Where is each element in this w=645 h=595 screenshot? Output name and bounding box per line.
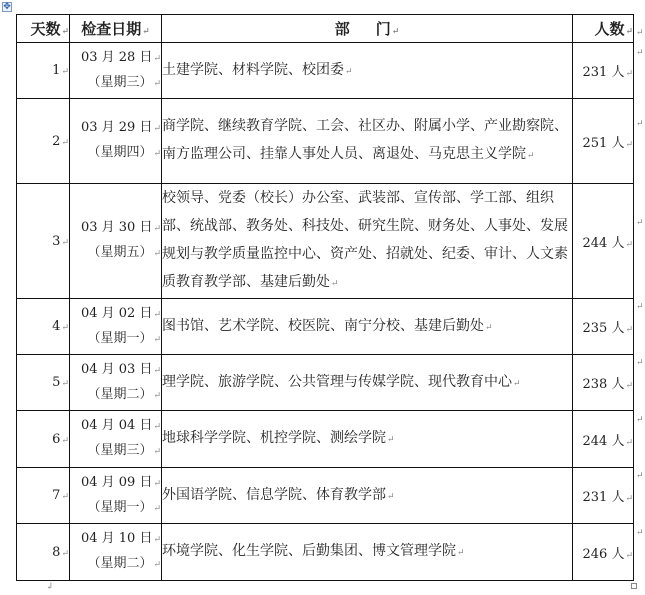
paragraph-mark-icon: ↵	[142, 27, 150, 37]
paragraph-mark-icon: ↵	[625, 551, 633, 561]
paragraph-mark-icon: ↵	[61, 27, 69, 37]
department-cell: 理学院、旅游学院、公共管理与传媒学院、现代教育中心↵	[162, 355, 573, 411]
paragraph-mark-icon: ↵	[625, 494, 633, 504]
paragraph-mark-icon: ↵	[153, 447, 161, 457]
department-cell: 土建学院、材料学院、校团委↵	[162, 43, 573, 99]
paragraph-mark-icon: ↵	[625, 27, 633, 37]
paragraph-mark-icon: ↵	[392, 27, 400, 37]
end-of-row-mark-icon: ↵	[636, 48, 644, 58]
paragraph-mark-icon: ↵	[625, 69, 633, 79]
department-cell: 外国语学院、信息学院、体育教学部↵	[162, 468, 573, 524]
paragraph-mark-icon: ↵	[485, 323, 493, 333]
date-cell: 04 月 03 日↵（星期二）↵	[70, 355, 162, 411]
end-of-document-mark-icon: ↲	[46, 582, 54, 592]
paragraph-mark-icon: ↵	[153, 249, 161, 259]
date-cell: 03 月 28 日↵（星期三）↵	[70, 43, 162, 99]
paragraph-mark-icon: ↵	[61, 492, 69, 502]
day-cell: 5↵	[17, 355, 70, 411]
paragraph-mark-icon: ↵	[61, 436, 69, 446]
department-cell: 环境学院、化生学院、后勤集团、博文管理学院↵	[162, 524, 573, 581]
end-of-row-mark-icon: ↵	[636, 218, 644, 228]
day-cell: 1↵	[17, 43, 70, 99]
count-cell: 251 人↵	[573, 99, 634, 184]
paragraph-mark-icon: ↵	[153, 124, 161, 134]
paragraph-mark-icon: ↵	[513, 379, 521, 389]
paragraph-mark-icon: ↵	[153, 224, 161, 234]
table-row: 6↵04 月 04 日↵（星期三）↵地球科学学院、机控学院、测绘学院↵244 人…	[17, 411, 634, 468]
paragraph-mark-icon: ↵	[153, 535, 161, 545]
paragraph-mark-icon: ↵	[61, 138, 69, 148]
paragraph-mark-icon: ↵	[61, 549, 69, 559]
paragraph-mark-icon: ↵	[625, 140, 633, 150]
paragraph-mark-icon: ↵	[387, 435, 395, 445]
count-cell: 246 人↵	[573, 524, 634, 581]
paragraph-mark-icon: ↵	[345, 67, 353, 77]
paragraph-mark-icon: ↵	[61, 323, 69, 333]
paragraph-mark-icon: ↵	[153, 391, 161, 401]
paragraph-mark-icon: ↵	[625, 240, 633, 250]
paragraph-mark-icon: ↵	[457, 548, 465, 558]
table-row: 4↵04 月 02 日↵（星期一）↵图书馆、艺术学院、校医院、南宁分校、基建后勤…	[17, 299, 634, 355]
table-row: 2↵03 月 29 日↵（星期四）↵商学院、继续教育学院、工会、社区办、附属小学…	[17, 99, 634, 184]
department-cell: 图书馆、艺术学院、校医院、南宁分校、基建后勤处↵	[162, 299, 573, 355]
table-row: 8↵04 月 10 日↵（星期二）↵环境学院、化生学院、后勤集团、博文管理学院↵…	[17, 524, 634, 581]
paragraph-mark-icon: ↵	[153, 335, 161, 345]
paragraph-mark-icon: ↵	[153, 560, 161, 570]
day-cell: 4↵	[17, 299, 70, 355]
end-of-row-mark-icon: ↵	[636, 302, 644, 312]
table-resize-handle-icon[interactable]	[631, 583, 637, 589]
paragraph-mark-icon: ↵	[331, 279, 339, 289]
table-row: 1↵03 月 28 日↵（星期三）↵土建学院、材料学院、校团委↵231 人↵	[17, 43, 634, 99]
date-cell: 04 月 02 日↵（星期一）↵	[70, 299, 162, 355]
paragraph-mark-icon: ↵	[153, 504, 161, 514]
count-cell: 244 人↵	[573, 411, 634, 468]
paragraph-mark-icon: ↵	[153, 422, 161, 432]
day-cell: 8↵	[17, 524, 70, 581]
paragraph-mark-icon: ↵	[625, 381, 633, 391]
table-move-handle-icon[interactable]: ✥	[2, 2, 12, 12]
paragraph-mark-icon: ↵	[387, 492, 395, 502]
paragraph-mark-icon: ↵	[625, 438, 633, 448]
count-cell: 235 人↵	[573, 299, 634, 355]
paragraph-mark-icon: ↵	[61, 67, 69, 77]
paragraph-mark-icon: ↵	[153, 54, 161, 64]
paragraph-mark-icon: ↵	[153, 479, 161, 489]
header-count: 人数↵	[573, 15, 634, 43]
date-cell: 04 月 04 日↵（星期三）↵	[70, 411, 162, 468]
table-row: 7↵04 月 09 日↵（星期一）↵外国语学院、信息学院、体育教学部↵231 人…	[17, 468, 634, 524]
table-row: 3↵03 月 30 日↵（星期五）↵校领导、党委（校长）办公室、武装部、宣传部、…	[17, 184, 634, 299]
paragraph-mark-icon: ↵	[153, 149, 161, 159]
end-of-row-mark-icon: ↵	[636, 528, 644, 538]
paragraph-mark-icon: ↵	[153, 79, 161, 89]
end-of-row-mark-icon: ↵	[636, 471, 644, 481]
paragraph-mark-icon: ↵	[527, 151, 535, 161]
table-header-row: 天数↵ 检查日期↵ 部门↵ 人数↵	[17, 15, 634, 43]
header-day: 天数↵	[17, 15, 70, 43]
paragraph-mark-icon: ↵	[61, 379, 69, 389]
end-of-row-mark-icon: ↵	[636, 28, 644, 38]
date-cell: 04 月 09 日↵（星期一）↵	[70, 468, 162, 524]
day-cell: 3↵	[17, 184, 70, 299]
table-row: 5↵04 月 03 日↵（星期二）↵理学院、旅游学院、公共管理与传媒学院、现代教…	[17, 355, 634, 411]
paragraph-mark-icon: ↵	[61, 238, 69, 248]
paragraph-mark-icon: ↵	[153, 310, 161, 320]
department-cell: 校领导、党委（校长）办公室、武装部、宣传部、学工部、组织部、统战部、教务处、科技…	[162, 184, 573, 299]
date-cell: 03 月 30 日↵（星期五）↵	[70, 184, 162, 299]
department-cell: 地球科学学院、机控学院、测绘学院↵	[162, 411, 573, 468]
end-of-row-mark-icon: ↵	[636, 119, 644, 129]
count-cell: 238 人↵	[573, 355, 634, 411]
day-cell: 2↵	[17, 99, 70, 184]
end-of-row-mark-icon: ↵	[636, 415, 644, 425]
date-cell: 03 月 29 日↵（星期四）↵	[70, 99, 162, 184]
day-cell: 6↵	[17, 411, 70, 468]
count-cell: 231 人↵	[573, 468, 634, 524]
inspection-schedule-table: 天数↵ 检查日期↵ 部门↵ 人数↵ 1↵03 月 28 日↵（星期三）↵土建学院…	[16, 14, 634, 581]
header-department: 部门↵	[162, 15, 573, 43]
count-cell: 244 人↵	[573, 184, 634, 299]
paragraph-mark-icon: ↵	[153, 366, 161, 376]
date-cell: 04 月 10 日↵（星期二）↵	[70, 524, 162, 581]
end-of-row-mark-icon: ↵	[636, 358, 644, 368]
day-cell: 7↵	[17, 468, 70, 524]
paragraph-mark-icon: ↵	[625, 325, 633, 335]
header-date: 检查日期↵	[70, 15, 162, 43]
department-cell: 商学院、继续教育学院、工会、社区办、附属小学、产业勘察院、南方监理公司、挂靠人事…	[162, 99, 573, 184]
count-cell: 231 人↵	[573, 43, 634, 99]
